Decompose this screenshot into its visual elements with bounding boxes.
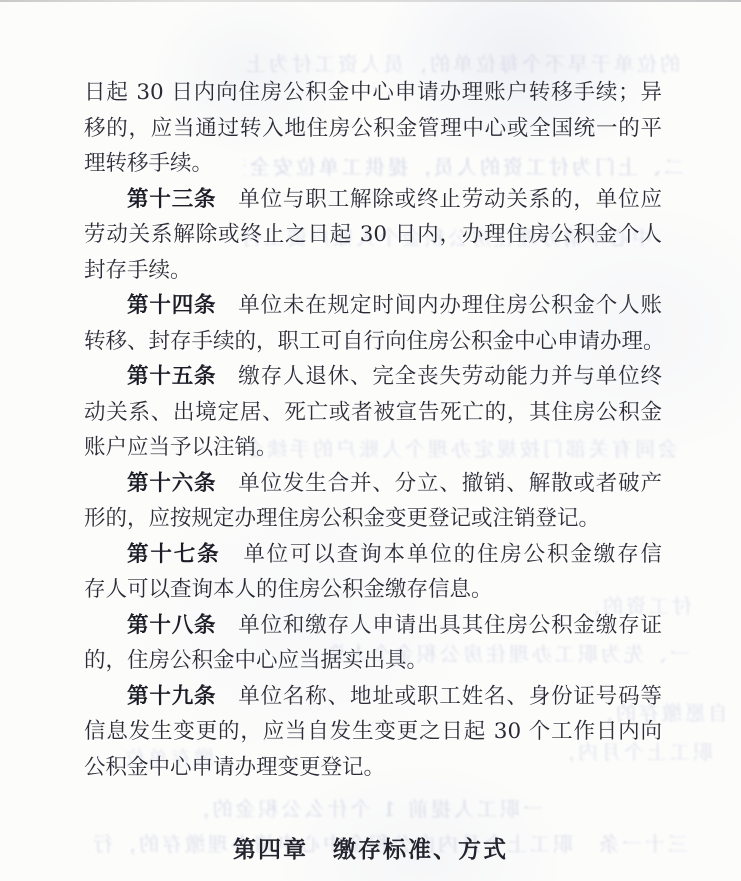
- bleed-through-ghost-text: 一职工人提前 1 个什么公积金的，: [198, 793, 543, 822]
- document-line: 账户应当予以注销。: [84, 430, 662, 466]
- article-number: 第十七条: [127, 542, 220, 567]
- article-number: 第十九条: [127, 684, 216, 709]
- article-number: 第十五条: [127, 364, 216, 389]
- document-line: 信息发生变更的，应当自发生变更之日起 30 个工作日内向住房: [84, 714, 662, 750]
- article-number: 第十六条: [127, 471, 216, 496]
- document-line: 劳动关系解除或终止之日起 30 日内，办理住房公积金个人账户: [84, 217, 662, 253]
- document-line: 转移、封存手续的，职工可自行向住房公积金中心申请办理。: [84, 324, 662, 360]
- article-line: 第十九条单位名称、地址或职工姓名、身份证号码等登记: [84, 679, 662, 715]
- document-body: 日起 30 日内向住房公积金中心申请办理账户转移手续；异地转移的，应当通过转入地…: [84, 75, 662, 785]
- document-line: 理转移手续。: [84, 146, 662, 182]
- article-line: 第十七条单位可以查询本单位的住房公积金缴存信息，缴: [84, 537, 662, 573]
- article-line: 第十八条单位和缴存人申请出具其住房公积金缴存证明: [84, 608, 662, 644]
- article-line: 第十五条缴存人退休、完全丧失劳动能力并与单位终止劳: [84, 359, 662, 395]
- article-line: 第十六条单位发生合并、分立、撤销、解散或者破产等情: [84, 466, 662, 502]
- chapter-heading: 第四章 缴存标准、方式: [0, 831, 741, 864]
- article-number: 第十四条: [127, 293, 216, 318]
- article-number: 第十三条: [127, 187, 216, 212]
- article-number: 第十八条: [127, 613, 216, 638]
- document-line: 封存手续。: [84, 253, 662, 289]
- document-line: 公积金中心申请办理变更登记。: [84, 750, 662, 786]
- document-line: 形的，应按规定办理住房公积金变更登记或注销登记。: [84, 501, 662, 537]
- document-line: 移的，应当通过转入地住房公积金管理中心或全国统一的平台办: [84, 111, 662, 147]
- document-line: 存人可以查询本人的住房公积金缴存信息。: [84, 572, 662, 608]
- scanned-document-page: 的位单于早不个每位单的，员人资工付为上二、上门为付工资的人员，提供工单位安全变中…: [0, 0, 741, 881]
- document-line: 的，住房公积金中心应当据实出具。: [84, 643, 662, 679]
- article-line: 第十三条单位与职工解除或终止劳动关系的，单位应当在: [84, 182, 662, 218]
- document-line: 动关系、出境定居、死亡或者被宣告死亡的，其住房公积金个人: [84, 395, 662, 431]
- document-line: 日起 30 日内向住房公积金中心申请办理账户转移手续；异地转: [84, 75, 662, 111]
- article-line: 第十四条单位未在规定时间内办理住房公积金个人账户: [84, 288, 662, 324]
- bleed-through-ghost-text: 的位单于早不个每位单的，员人资工付为上: [238, 48, 680, 77]
